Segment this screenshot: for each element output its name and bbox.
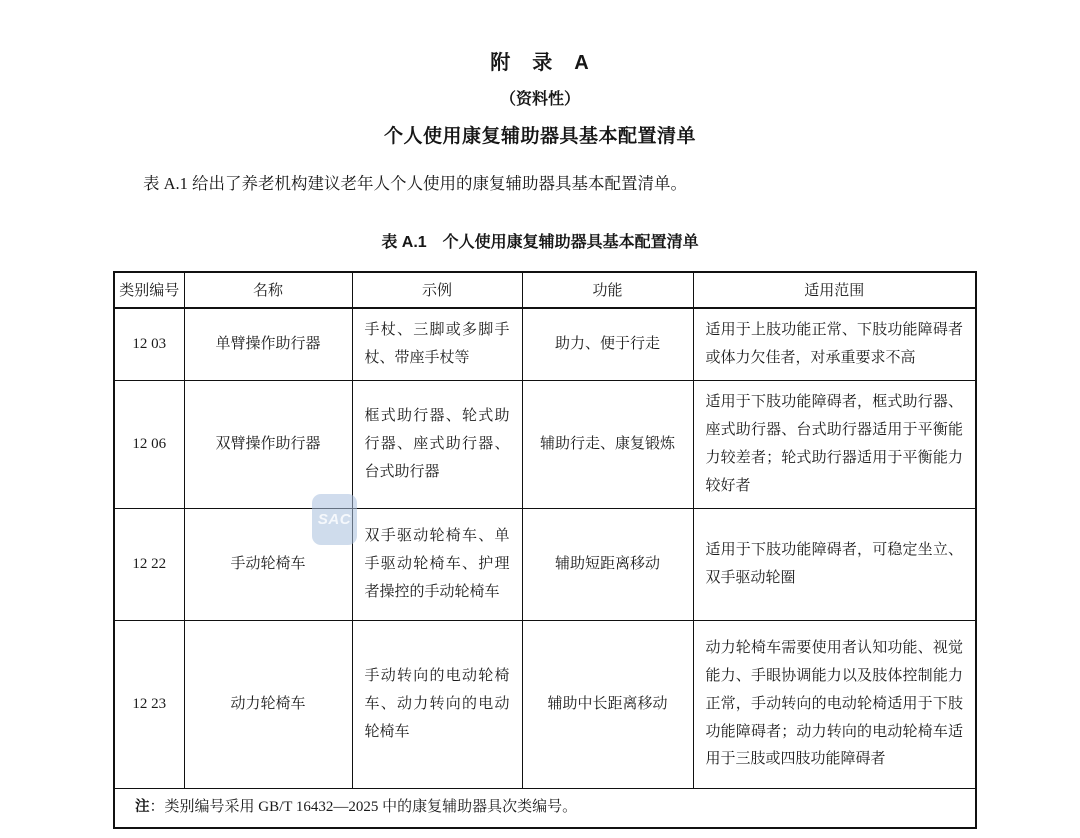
intro-paragraph: 表 A.1 给出了养老机构建议老年人个人使用的康复辅助器具基本配置清单。 (110, 172, 970, 197)
heading-block: 附 录 A （资料性） 个人使用康复辅助器具基本配置清单 (0, 0, 1080, 148)
cell-example: 手杖、三脚或多脚手杖、带座手杖等 (352, 308, 522, 381)
cell-name: 单臂操作助行器 (184, 308, 352, 381)
cell-category-code: 12 06 (114, 381, 184, 509)
table-row: 12 06 双臂操作助行器 框式助行器、轮式助行器、座式助行器、台式助行器 辅助… (114, 381, 976, 509)
col-header-scope: 适用范围 (693, 272, 976, 308)
cell-name: 手动轮椅车 (184, 509, 352, 621)
table-row: 12 23 动力轮椅车 手动转向的电动轮椅车、动力转向的电动轮椅车 辅助中长距离… (114, 621, 976, 789)
table-row: 12 03 单臂操作助行器 手杖、三脚或多脚手杖、带座手杖等 助力、便于行走 适… (114, 308, 976, 381)
note-text: ：类别编号采用 GB/T 16432—2025 中的康复辅助器具次类编号。 (150, 799, 578, 815)
cell-category-code: 12 03 (114, 308, 184, 381)
config-table: 类别编号 名称 示例 功能 适用范围 12 03 单臂操作助行器 手杖、三脚或多… (113, 271, 977, 829)
appendix-subtitle: 个人使用康复辅助器具基本配置清单 (0, 121, 1080, 148)
cell-function: 辅助中长距离移动 (522, 621, 693, 789)
informative-label: （资料性） (0, 86, 1080, 109)
table-row: 12 22 手动轮椅车 双手驱动轮椅车、单手驱动轮椅车、护理者操控的手动轮椅车 … (114, 509, 976, 621)
cell-scope: 适用于上肢功能正常、下肢功能障碍者或体力欠佳者，对承重要求不高 (693, 308, 976, 381)
cell-example: 框式助行器、轮式助行器、座式助行器、台式助行器 (352, 381, 522, 509)
col-header-example: 示例 (352, 272, 522, 308)
table-header-row: 类别编号 名称 示例 功能 适用范围 (114, 272, 976, 308)
cell-name: 动力轮椅车 (184, 621, 352, 789)
table-note-row: 注：类别编号采用 GB/T 16432—2025 中的康复辅助器具次类编号。 (114, 789, 976, 828)
table-caption: 表 A.1 个人使用康复辅助器具基本配置清单 (0, 229, 1080, 252)
note-label: 注 (135, 799, 150, 815)
col-header-function: 功能 (522, 272, 693, 308)
document-page: 附 录 A （资料性） 个人使用康复辅助器具基本配置清单 表 A.1 给出了养老… (0, 0, 1080, 838)
col-header-category-code: 类别编号 (114, 272, 184, 308)
cell-scope: 动力轮椅车需要使用者认知功能、视觉能力、手眼协调能力以及肢体控制能力正常，手动转… (693, 621, 976, 789)
appendix-title: 附 录 A (0, 46, 1080, 75)
cell-function: 辅助短距离移动 (522, 509, 693, 621)
cell-scope: 适用于下肢功能障碍者，可稳定坐立、双手驱动轮圈 (693, 509, 976, 621)
cell-category-code: 12 22 (114, 509, 184, 621)
cell-example: 双手驱动轮椅车、单手驱动轮椅车、护理者操控的手动轮椅车 (352, 509, 522, 621)
cell-category-code: 12 23 (114, 621, 184, 789)
col-header-name: 名称 (184, 272, 352, 308)
table-note-cell: 注：类别编号采用 GB/T 16432—2025 中的康复辅助器具次类编号。 (114, 789, 976, 828)
cell-example: 手动转向的电动轮椅车、动力转向的电动轮椅车 (352, 621, 522, 789)
cell-scope: 适用于下肢功能障碍者，框式助行器、座式助行器、台式助行器适用于平衡能力较差者；轮… (693, 381, 976, 509)
cell-function: 助力、便于行走 (522, 308, 693, 381)
cell-function: 辅助行走、康复锻炼 (522, 381, 693, 509)
cell-name: 双臂操作助行器 (184, 381, 352, 509)
